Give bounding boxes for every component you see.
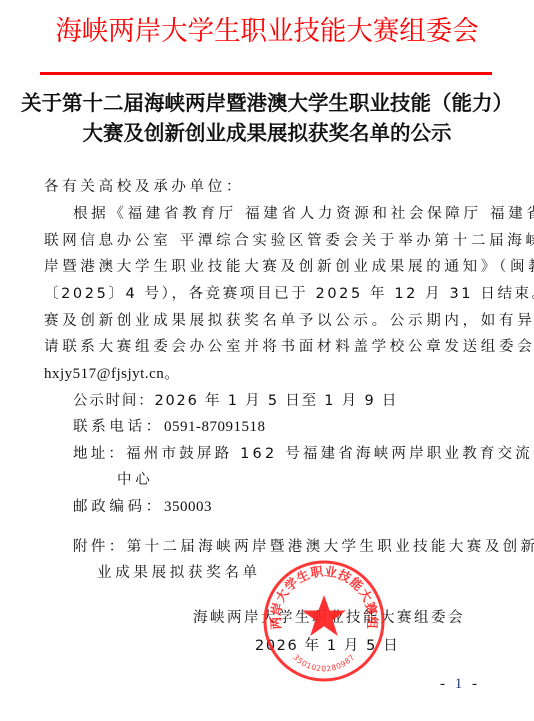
salutation: 各有关高校及承办单位： <box>44 177 244 197</box>
attachment-line-2[interactable]: 业成果展拟获奖名单 <box>97 563 261 583</box>
page-number-suffix: - <box>465 676 480 692</box>
attachment-line-1[interactable]: 第十二届海峡两岸暨港澳大学生职业技能大赛及创新创 <box>127 539 534 555</box>
phone-value: 0591-87091518 <box>164 419 266 435</box>
page-number-value: 1 <box>455 676 466 692</box>
body-line-1: 根据《福建省教育厅 福建省人力资源和社会保障厅 福建省互 <box>73 204 534 224</box>
document-title-line-2: 大赛及创新创业成果展拟获奖名单的公示 <box>0 119 534 147</box>
postcode: 邮政编码：350003 <box>73 497 212 517</box>
org-header-title: 海峡两岸大学生职业技能大赛组委会 <box>5 14 528 50</box>
body-line-5: 赛及创新创业成果展拟获奖名单予以公示。公示期内，如有异议， <box>44 311 534 331</box>
address-label: 地址： <box>73 446 126 462</box>
attachment: 附件：第十二届海峡两岸暨港澳大学生职业技能大赛及创新创 <box>73 537 534 557</box>
address: 地址：福州市鼓屏路 162 号福建省海峡两岸职业教育交流合作 <box>73 444 534 464</box>
red-header-rule <box>40 72 492 75</box>
body-line-3: 岸暨港澳大学生职业技能大赛及创新创业成果展的通知》（闽教直 <box>44 257 534 277</box>
page-number-prefix: - <box>440 676 455 692</box>
postcode-value: 350003 <box>164 499 212 515</box>
address-line-2: 中心 <box>117 470 153 490</box>
postcode-label: 邮政编码： <box>73 499 164 515</box>
publicity-period-value: 2026 年 1 月 5 日至 1 月 9 日 <box>155 393 399 409</box>
page-number: - 1 - <box>440 676 480 693</box>
document-title-line-1: 关于第十二届海峡两岸暨港澳大学生职业技能（能力） <box>0 89 534 117</box>
attachment-label: 附件： <box>73 539 127 555</box>
body-line-2: 联网信息办公室 平潭综合实验区管委会关于举办第十二届海峡两 <box>44 231 534 251</box>
signature-date: 2026 年 1 月 5 日 <box>255 636 399 656</box>
body-line-6: 请联系大赛组委会办公室并将书面材料盖学校公章发送组委会邮箱 <box>44 337 534 357</box>
body-line-4: 〔2025〕4 号），各竞赛项目已于 2025 年 12 月 31 日结束。现将… <box>44 284 534 304</box>
publicity-period-label: 公示时间： <box>73 393 155 409</box>
phone-label: 联系电话： <box>73 419 164 435</box>
signature-organization: 海峡两岸大学生职业技能大赛组委会 <box>193 608 465 628</box>
address-line-1: 福州市鼓屏路 162 号福建省海峡两岸职业教育交流合作 <box>126 446 534 462</box>
contact-email[interactable]: hxjy517@fjsjyt.cn。 <box>44 364 180 384</box>
publicity-period: 公示时间：2026 年 1 月 5 日至 1 月 9 日 <box>73 391 398 411</box>
contact-phone: 联系电话：0591-87091518 <box>73 417 266 437</box>
